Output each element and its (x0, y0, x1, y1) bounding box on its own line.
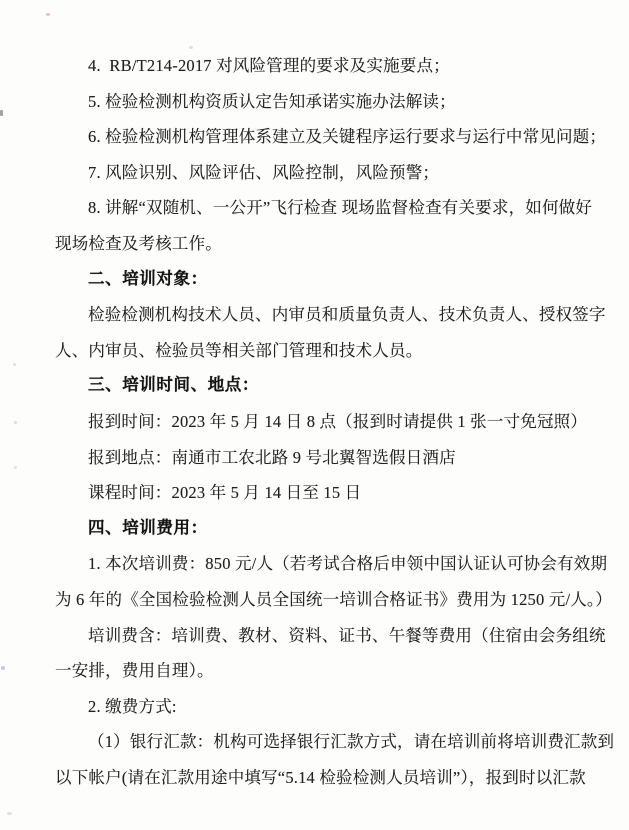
fee-amount-line-2: 为 6 年的《全国检验检测人员全国统一培训合格证书》费用为 1250 元/人。） (55, 582, 619, 618)
scan-speck (1, 666, 5, 670)
agenda-item-5: 5. 检验检测机构资质认定告知承诺实施办法解读； (55, 84, 619, 120)
course-time-line: 课程时间：2023 年 5 月 14 日至 15 日 (55, 475, 619, 511)
agenda-item-8-line-2: 现场检查及考核工作。 (55, 226, 619, 262)
scan-speck (14, 421, 17, 424)
section-heading-fees: 四、培训费用： (55, 511, 619, 547)
trainees-line-1: 检验检测机构技术人员、内审员和质量负责人、技术负责人、授权签字 (55, 297, 619, 333)
bank-transfer-line-1: （1）银行汇款：机构可选择银行汇款方式，请在培训前将培训费汇款到 (55, 724, 619, 760)
agenda-item-8-line-1: 8. 讲解“双随机、一公开”飞行检查 现场监督检查有关要求，如何做好 (55, 190, 619, 226)
checkin-time-line: 报到时间：2023 年 5 月 14 日 8 点（报到时请提供 1 张一寸免冠照… (55, 404, 619, 440)
scan-speck (0, 110, 3, 116)
payment-method-line: 2. 缴费方式: (55, 689, 619, 725)
fee-amount-line-1: 1. 本次培训费：850 元/人（若考试合格后申领中国认证认可协会有效期 (55, 546, 619, 582)
scanned-document-page: 4. RB/T214-2017 对风险管理的要求及实施要点； 5. 检验检测机构… (0, 0, 629, 830)
fee-includes-line-2: 一安排，费用自理）。 (55, 653, 619, 689)
scan-speck (7, 812, 12, 815)
scan-speck (46, 13, 50, 16)
trainees-line-2: 人、内审员、检验员等相关部门管理和技术人员。 (55, 333, 619, 369)
section-heading-trainees: 二、培训对象： (55, 262, 619, 298)
agenda-item-4: 4. RB/T214-2017 对风险管理的要求及实施要点； (55, 48, 619, 84)
bank-transfer-line-2: 以下帐户(请在汇款用途中填写“5.14 检验检测人员培训”），报到时以汇款 (55, 760, 619, 796)
section-heading-schedule: 三、培训时间、地点： (55, 368, 619, 404)
scan-speck (13, 363, 16, 366)
fee-includes-line-1: 培训费含：培训费、教材、资料、证书、午餐等费用（住宿由会务组统 (55, 618, 619, 654)
checkin-location-line: 报到地点：南通市工农北路 9 号北翼智选假日酒店 (55, 440, 619, 476)
scan-speck (14, 466, 17, 469)
agenda-item-7: 7. 风险识别、风险评估、风险控制，风险预警； (55, 155, 619, 191)
agenda-item-6: 6. 检验检测机构管理体系建立及关键程序运行要求与运行中常见问题； (55, 119, 619, 155)
